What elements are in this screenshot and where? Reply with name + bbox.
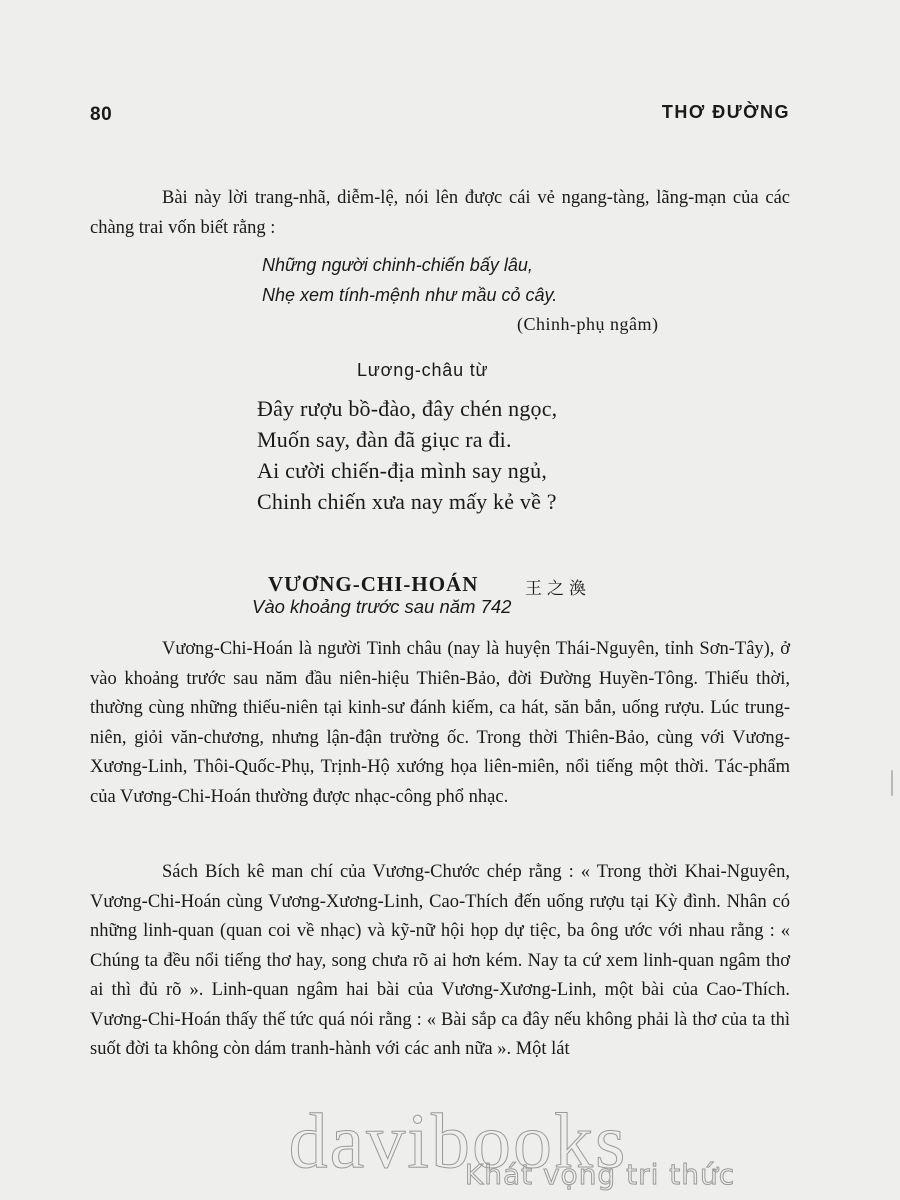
poem-line: Muốn say, đàn đã giục ra đi. [257,424,557,455]
poet-heading: VƯƠNG-CHI-HOÁN [268,572,478,597]
quote-line: Nhẹ xem tính-mệnh như mầu cỏ cây. [262,280,557,310]
poem-line: Chinh chiến xưa nay mấy kẻ về ? [257,486,557,517]
poem-line: Ai cười chiến-địa mình say ngủ, [257,455,557,486]
page-number: 80 [90,104,112,126]
intro-paragraph: Bài này lời trang-nhã, diễm-lệ, nói lên … [90,184,790,243]
poet-chinese-name: 王之渙 [525,574,591,599]
book-page: 80 THƠ ĐƯỜNG Bài này lời trang-nhã, diễm… [0,0,900,1200]
poet-dates: Vào khoảng trước sau năm 742 [252,596,511,618]
quote-source: (Chinh-phụ ngâm) [517,314,658,335]
poem-title: Lương-châu từ [357,360,488,381]
poem-body: Đây rượu bồ-đào, đây chén ngọc, Muốn say… [257,393,557,517]
quoted-verse: Những người chinh-chiến bấy lâu, Nhẹ xem… [262,250,557,310]
biography-paragraph: Vương-Chi-Hoán là người Tinh châu (nay l… [90,635,790,812]
watermark-tagline: Khát vọng tri thức [0,1158,900,1191]
quote-line: Những người chinh-chiến bấy lâu, [262,250,557,280]
running-title: THƠ ĐƯỜNG [662,102,790,123]
poem-line: Đây rượu bồ-đào, đây chén ngọc, [257,393,557,424]
page-edge-mark [891,770,893,796]
biography-paragraph: Sách Bích kê man chí của Vương-Chước ché… [90,858,790,1065]
page-header: 80 THƠ ĐƯỜNG [90,104,790,134]
